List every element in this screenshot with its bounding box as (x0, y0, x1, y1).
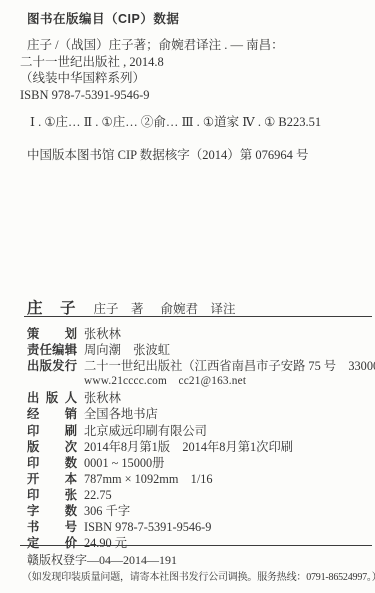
colophon-row-print-run: 印数 0001 ~ 15000册 (27, 453, 372, 469)
colophon-row-word-count: 字数 306 千字 (27, 501, 372, 517)
classification-line: Ⅰ . ①庄… Ⅱ . ①庄… ②俞… Ⅲ . ①道家 Ⅳ . ① B223.5… (30, 112, 321, 130)
title-underline (24, 316, 372, 317)
colophon-value: 306 千字 (84, 501, 130, 519)
colophon-row-printer: 印刷 北京威远印刷有限公司 (27, 421, 372, 437)
colophon-label: 定价 (27, 533, 77, 551)
colophon-row-planner: 策划 张秋林 (27, 324, 372, 340)
bottom-rule (20, 545, 372, 546)
colophon-row-price: 定价 24.90 元 (27, 533, 372, 549)
book-copyright-page: 图书在版编目（CIP）数据 庄子 /（战国）庄子著；俞婉君译注 . — 南昌： … (0, 0, 375, 593)
colophon-value: 787mm × 1092mm 1/16 (84, 469, 213, 487)
colophon-row-issuer: 出版人 张秋林 (27, 388, 372, 404)
colophon-row-format: 开本 787mm × 1092mm 1/16 (27, 469, 372, 485)
colophon-row-publisher: 出版发行 二十一世纪出版社（江西省南昌市子安路 75 号 330009） (27, 356, 372, 372)
registration-line: 赣版权登字—04—2014—191 (27, 551, 177, 568)
title-row: 庄 子 庄子 著 俞婉君 译注 (27, 296, 236, 318)
colophon-row-distribution: 经销 全国各地书店 (27, 404, 372, 420)
cip-record-line: 中国版本图书馆 CIP 数据核字（2014）第 076964 号 (27, 145, 309, 163)
book-title: 庄 子 (27, 296, 77, 318)
cip-header: 图书在版编目（CIP）数据 (27, 9, 179, 27)
book-translator: 俞婉君 译注 (161, 299, 236, 317)
publisher-website-email: www.21cccc.com cc21@163.net (84, 372, 246, 388)
cip-line: （线装中华国粹系列） (20, 70, 284, 87)
colophon-row-isbn: 书号 ISBN 978-7-5391-9546-9 (27, 517, 372, 533)
cip-line: 二十一世纪出版社 , 2014.8 (20, 54, 284, 71)
colophon-row-website: www.21cccc.com cc21@163.net (27, 372, 372, 388)
colophon-row-sheets: 印张 22.75 (27, 485, 372, 501)
colophon: 策划 张秋林 责任编辑 周向潮 张波虹 出版发行 二十一世纪出版社（江西省南昌市… (27, 324, 372, 549)
colophon-value: 24.90 元 (84, 533, 127, 551)
quality-note: （如发现印装质量问题，请寄本社图书发行公司调换。服务热线：0791-865249… (22, 568, 375, 583)
book-author: 庄子 著 (94, 299, 144, 317)
colophon-row-edition: 版次 2014年8月第1版 2014年8月第1次印刷 (27, 437, 372, 453)
cip-block: 庄子 /（战国）庄子著；俞婉君译注 . — 南昌： 二十一世纪出版社 , 201… (20, 37, 284, 103)
colophon-row-editor: 责任编辑 周向潮 张波虹 (27, 340, 372, 356)
cip-line: 庄子 /（战国）庄子著；俞婉君译注 . — 南昌： (20, 37, 284, 54)
isbn-line: ISBN 978-7-5391-9546-9 (20, 87, 284, 104)
colophon-label: 出版发行 (27, 356, 77, 374)
